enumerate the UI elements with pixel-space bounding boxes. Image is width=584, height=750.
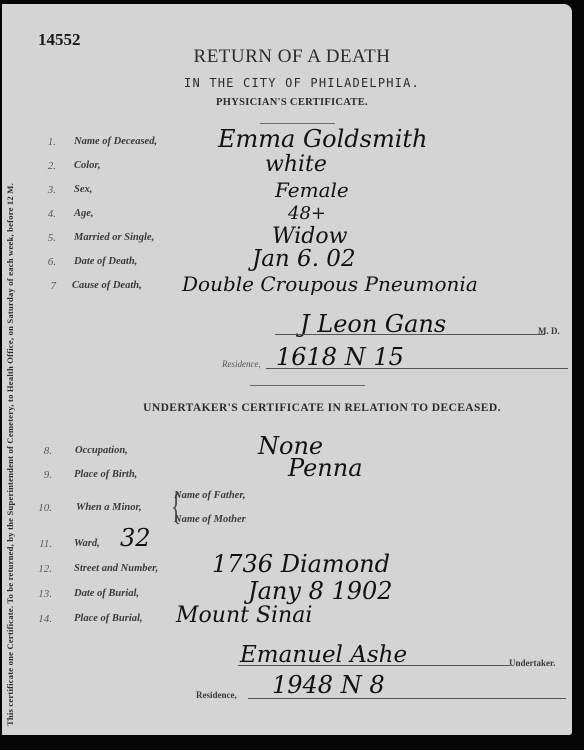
- field-sublabel-mother: Name of Mother: [174, 514, 246, 525]
- field-value-cause-of-death: Double Croupous Pneumonia: [182, 272, 478, 296]
- field-number: 13.: [30, 588, 52, 600]
- field-value-date-of-burial: Jany 8 1902: [248, 577, 393, 605]
- side-instruction-note: This certificate one Certificate. To be …: [5, 6, 15, 726]
- field-value-color: white: [265, 152, 327, 177]
- physician-section-title: PHYSICIAN'S CERTIFICATE.: [0, 97, 584, 108]
- document-title: RETURN OF A DEATH: [0, 46, 584, 68]
- field-label: Date of Burial,: [74, 588, 139, 599]
- md-suffix: M. D.: [538, 326, 560, 336]
- undertaker-suffix: Undertaker.: [509, 658, 555, 668]
- field-value-age: 48+: [288, 203, 326, 224]
- field-value-date-of-death: Jan 6. 02: [252, 246, 356, 272]
- field-label: Place of Burial,: [74, 613, 143, 624]
- field-number: 3.: [34, 184, 56, 196]
- field-number: 6.: [34, 256, 56, 268]
- field-label: Place of Birth,: [74, 469, 137, 480]
- field-number: 7: [34, 280, 56, 292]
- field-value-name: Emma Goldsmith: [218, 125, 427, 153]
- field-label: Street and Number,: [74, 563, 158, 574]
- residence-label: Residence,: [222, 359, 261, 369]
- field-sublabel-father: Name of Father,: [174, 490, 245, 501]
- field-number: 12.: [30, 563, 52, 575]
- field-label: Ward,: [74, 538, 100, 549]
- field-label: Married or Single,: [74, 232, 154, 243]
- field-label: Date of Death,: [74, 256, 137, 267]
- divider: [260, 123, 335, 124]
- divider: [250, 385, 365, 386]
- field-number: 14.: [30, 613, 52, 625]
- field-number: 9.: [30, 469, 52, 481]
- residence-label: Residence,: [196, 690, 237, 700]
- field-number: 4.: [34, 208, 56, 220]
- field-number: 1.: [34, 136, 56, 148]
- field-number: 2.: [34, 160, 56, 172]
- field-label: Color,: [74, 160, 101, 171]
- field-label: Sex,: [74, 184, 92, 195]
- field-label: When a Minor,: [76, 502, 142, 513]
- physician-residence: 1618 N 15: [276, 343, 404, 371]
- field-label: Name of Deceased,: [74, 136, 157, 147]
- signature-line: [238, 665, 510, 666]
- field-number: 8.: [30, 445, 52, 457]
- field-value-place-of-burial: Mount Sinai: [176, 603, 312, 628]
- field-label: Cause of Death,: [72, 280, 142, 291]
- field-value-street-and-number: 1736 Diamond: [212, 550, 390, 578]
- field-label: Age,: [74, 208, 94, 219]
- undertaker-section-title: UNDERTAKER'S CERTIFICATE IN RELATION TO …: [30, 402, 584, 414]
- field-value-sex: Female: [275, 178, 349, 202]
- field-value-ward: 32: [120, 524, 151, 552]
- field-number: 11.: [30, 538, 52, 550]
- undertaker-residence: 1948 N 8: [272, 671, 385, 699]
- field-number: 5.: [34, 232, 56, 244]
- document-subtitle: IN THE CITY OF PHILADELPHIA.: [10, 76, 584, 90]
- field-number: 10.: [30, 502, 52, 514]
- field-value-place-of-birth: Penna: [288, 454, 363, 482]
- field-label: Occupation,: [75, 445, 128, 456]
- signature-line: [275, 334, 545, 335]
